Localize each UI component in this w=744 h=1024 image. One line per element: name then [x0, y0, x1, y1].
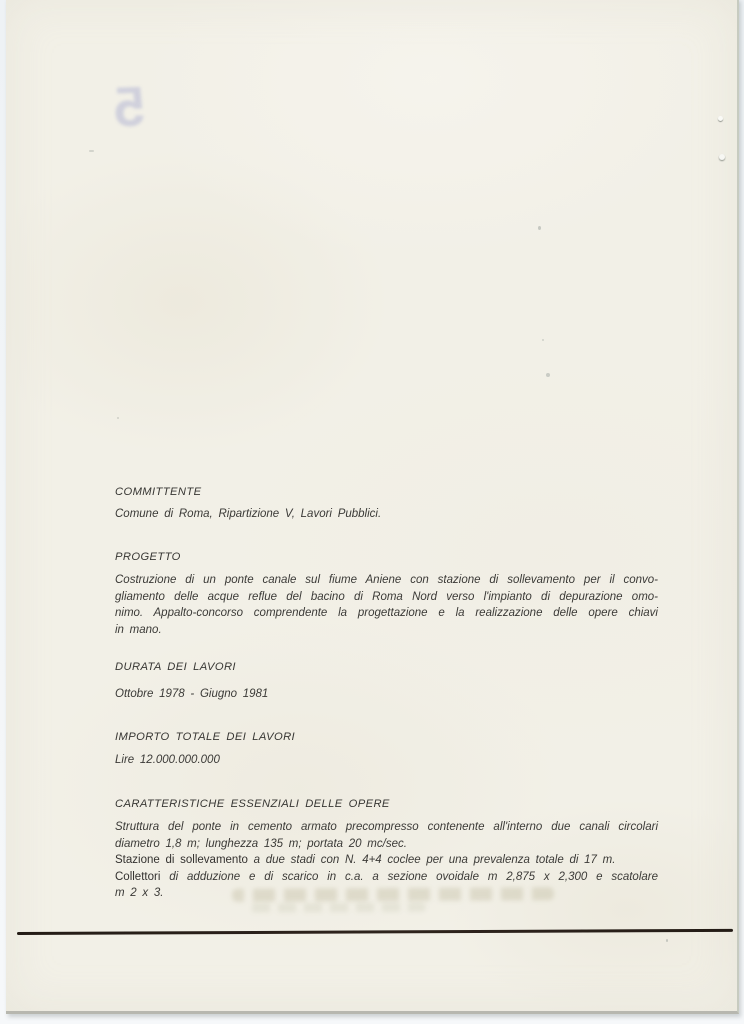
- text-segment: Comune di Roma, Ripartizione V, Lavori P…: [115, 508, 381, 520]
- section-body: Comune di Roma, Ripartizione V, Lavori P…: [115, 506, 658, 523]
- text-line: Stazione di sollevamento a due stadi con…: [115, 852, 658, 869]
- text-segment: Stazione di sollevamento: [115, 854, 248, 866]
- text-line: Costruzione di un ponte canale sul fiume…: [115, 572, 658, 589]
- section-heading: DURATA DEI LAVORI: [115, 660, 658, 674]
- bleed-through-smudge: [250, 903, 426, 913]
- section-heading: CARATTERISTICHE ESSENZIALI DELLE OPERE: [115, 797, 658, 811]
- text-segment: Lire 12.000.000.000: [115, 754, 220, 766]
- text-segment: in mano.: [115, 624, 162, 636]
- text-line: gliamento delle acque reflue del bacino …: [115, 589, 658, 606]
- section-committente: COMMITTENTE Comune di Roma, Ripartizione…: [115, 485, 658, 523]
- text-segment: a due stadi con N. 4+4 coclee per una pr…: [248, 854, 616, 866]
- paper-speck: [542, 339, 544, 341]
- section-heading: IMPORTO TOTALE DEI LAVORI: [115, 730, 658, 744]
- text-line: Collettori di adduzione e di scarico in …: [115, 869, 658, 886]
- text-line: Comune di Roma, Ripartizione V, Lavori P…: [115, 506, 658, 523]
- section-body: Costruzione di un ponte canale sul fiume…: [115, 572, 658, 638]
- section-importo-totale: IMPORTO TOTALE DEI LAVORI Lire 12.000.00…: [115, 730, 658, 769]
- section-heading: PROGETTO: [115, 550, 658, 564]
- text-segment: diametro 1,8 m; lunghezza 135 m; portata…: [115, 838, 407, 850]
- paper-speck: [718, 116, 723, 121]
- section-durata-dei-lavori: DURATA DEI LAVORI Ottobre 1978 - Giugno …: [115, 660, 658, 703]
- paper-speck: [666, 939, 668, 942]
- text-segment: Ottobre 1978 - Giugno 1981: [115, 688, 268, 700]
- text-line: diametro 1,8 m; lunghezza 135 m; portata…: [115, 836, 658, 853]
- text-line: Struttura del ponte in cemento armato pr…: [115, 819, 658, 836]
- paper-speck: [117, 417, 119, 419]
- text-line: Ottobre 1978 - Giugno 1981: [115, 686, 658, 703]
- text-segment: m 2 x 3.: [115, 887, 164, 899]
- text-segment: Costruzione di un ponte canale sul fiume…: [115, 574, 658, 586]
- section-body: Ottobre 1978 - Giugno 1981: [115, 686, 658, 703]
- bleed-through-numeral: 5: [102, 77, 146, 138]
- section-body: Lire 12.000.000.000: [115, 752, 658, 769]
- text-line: nimo. Appalto-concorso comprendente la p…: [115, 605, 658, 622]
- text-segment: Struttura del ponte in cemento armato pr…: [115, 821, 658, 833]
- section-heading: COMMITTENTE: [115, 485, 658, 499]
- text-segment: Collettori: [115, 871, 160, 883]
- text-segment: nimo. Appalto-concorso comprendente la p…: [115, 607, 658, 619]
- section-caratteristiche: CARATTERISTICHE ESSENZIALI DELLE OPERE S…: [115, 797, 658, 902]
- paper-speck: [719, 154, 725, 160]
- text-segment: di adduzione e di scarico in c.a. a sezi…: [160, 871, 658, 883]
- paper-speck: [538, 226, 541, 230]
- footer-rule: [17, 929, 733, 935]
- bleed-through-smudge: [232, 887, 554, 902]
- text-line: Lire 12.000.000.000: [115, 752, 658, 769]
- text-line: in mano.: [115, 622, 658, 639]
- section-progetto: PROGETTO Costruzione di un ponte canale …: [115, 550, 658, 638]
- paper-speck: [546, 373, 550, 377]
- scanned-page: 5 COMMITTENTE Comune di Roma, Ripartizio…: [6, 0, 739, 1014]
- paper-speck: [89, 150, 94, 152]
- text-segment: gliamento delle acque reflue del bacino …: [115, 591, 658, 603]
